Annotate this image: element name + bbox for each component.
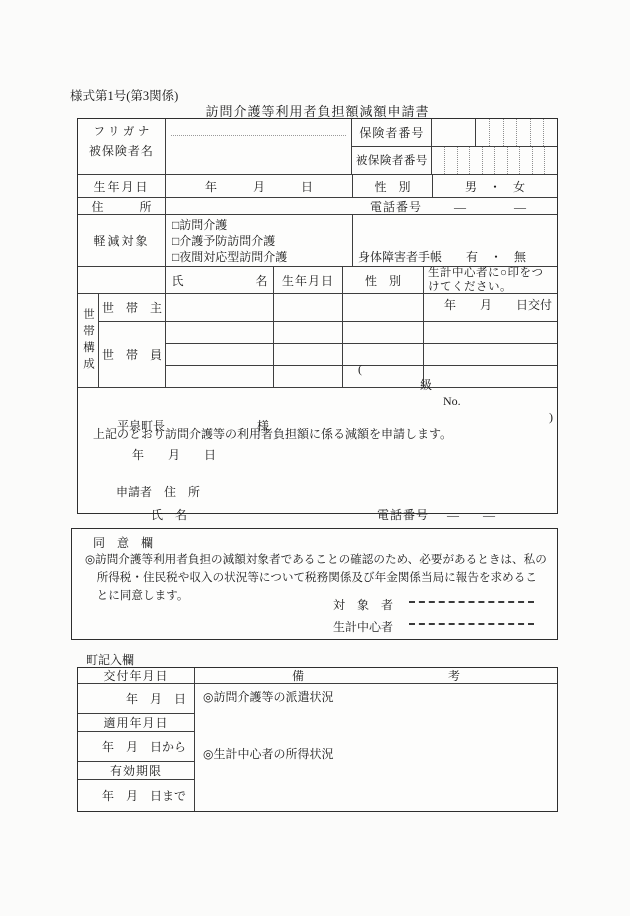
furigana-separator bbox=[171, 135, 347, 136]
application-section: 平泉町長様 上記のとおり訪問介護等の利用者負担額に係る減額を申請します。 年 月… bbox=[78, 388, 557, 513]
reduction-options: □訪問介護 □介護予防訪問介護 □夜間対応型訪問介護 bbox=[166, 215, 353, 266]
checkbox-night-homecare[interactable]: □夜間対応型訪問介護 bbox=[172, 249, 287, 265]
household-name-header: 氏 名 bbox=[166, 267, 274, 293]
application-date-field[interactable]: 年 月 日 bbox=[132, 446, 216, 463]
member-birth-cell[interactable] bbox=[274, 344, 343, 365]
issue-date-field[interactable]: 年 月 日 bbox=[78, 684, 194, 714]
insured-name-field[interactable] bbox=[166, 119, 353, 174]
consent-head-signature-line[interactable] bbox=[409, 611, 534, 625]
insured-number-label: 被保険者番号 bbox=[352, 147, 432, 174]
apply-date-field[interactable]: 年 月 日から bbox=[78, 732, 194, 762]
household-header-blank bbox=[78, 267, 166, 293]
birthdate-band: 生年月日 年 月 日 性 別 男 ・ 女 bbox=[78, 175, 557, 198]
phone-field[interactable]: ― ― bbox=[454, 198, 526, 215]
household-head-label: 世 帯 主 bbox=[99, 294, 166, 321]
consent-title: 同 意 欄 bbox=[93, 534, 153, 551]
reduction-label: 軽減対象 bbox=[78, 215, 166, 266]
head-birth-cell[interactable] bbox=[274, 294, 343, 321]
expiry-field[interactable]: 年 月 日まで bbox=[78, 780, 194, 811]
disability-issue-date: 年 月 日交付 bbox=[353, 297, 557, 313]
remark-income-status: ◎生計中心者の所得状況 bbox=[203, 745, 333, 762]
member-name-cell[interactable] bbox=[166, 322, 274, 343]
member-name-cell[interactable] bbox=[166, 366, 274, 387]
sex-field[interactable]: 男 ・ 女 bbox=[433, 175, 557, 197]
member-birth-cell[interactable] bbox=[274, 366, 343, 387]
insurer-number-prefix-box[interactable] bbox=[432, 119, 476, 146]
expiry-label: 有効期限 bbox=[78, 762, 194, 780]
remark-dispatch-status: ◎訪問介護等の派遣状況 bbox=[203, 688, 333, 705]
town-remarks-column: 備 考 ◎訪問介護等の派遣状況 ◎生計中心者の所得状況 bbox=[195, 668, 557, 811]
disability-grade-line: ( 級 No. ) bbox=[353, 345, 557, 361]
consent-head-label: 生計中心者 bbox=[333, 618, 393, 635]
disability-have-label: 身体障害者手帳 有 ・ 無 bbox=[353, 249, 557, 265]
remarks-body[interactable]: ◎訪問介護等の派遣状況 ◎生計中心者の所得状況 bbox=[195, 684, 557, 811]
phone-label: 電話番号 bbox=[370, 198, 422, 215]
form-page: 様式第1号(第3関係) 訪問介護等利用者負担額減額申請書 フリガナ 被保険者名 … bbox=[0, 0, 630, 916]
household-group-label: 世帯構成 bbox=[78, 294, 99, 387]
applicant-info-table: フリガナ 被保険者名 保険者番号 bbox=[77, 118, 558, 514]
address-field[interactable]: 電話番号 ― ― bbox=[166, 198, 557, 214]
address-band: 住 所 電話番号 ― ― bbox=[78, 198, 557, 215]
insurer-number-label: 保険者番号 bbox=[352, 119, 432, 146]
insured-number-row: 被保険者番号 bbox=[352, 147, 557, 174]
checkbox-homecare[interactable]: □訪問介護 bbox=[172, 217, 227, 233]
insured-name-label-cell: フリガナ 被保険者名 bbox=[78, 119, 166, 174]
town-date-column: 交付年月日 年 月 日 適用年月日 年 月 日から 有効期限 年 月 日まで bbox=[78, 668, 195, 811]
applicant-phone-field[interactable]: ― ― bbox=[447, 508, 495, 522]
remarks-header: 備 考 bbox=[195, 668, 557, 684]
open-paren: ( bbox=[358, 361, 362, 377]
checkbox-preventive-homecare[interactable]: □介護予防訪問介護 bbox=[172, 233, 275, 249]
insurer-number-field[interactable] bbox=[432, 119, 557, 146]
issue-date-label: 交付年月日 bbox=[78, 668, 194, 684]
disability-certificate-cell[interactable]: 身体障害者手帳 有 ・ 無 年 月 日交付 ( 級 No. ) bbox=[353, 215, 557, 266]
member-name-cell[interactable] bbox=[166, 344, 274, 365]
birthdate-field[interactable]: 年 月 日 bbox=[166, 175, 353, 197]
applicant-phone-label: 電話番号 bbox=[377, 508, 429, 522]
applicant-name-label: 氏 名 bbox=[151, 508, 187, 522]
household-birth-header: 生年月日 bbox=[274, 267, 343, 293]
consent-box: 同 意 欄 ◎訪問介護等利用者負担の減額対象者であることの確認のため、必要がある… bbox=[71, 528, 558, 640]
furigana-label: フリガナ bbox=[90, 123, 153, 139]
insured-name-label: 被保険者名 bbox=[89, 142, 154, 159]
sex-label: 性 別 bbox=[353, 175, 433, 197]
address-label: 住 所 bbox=[78, 198, 166, 214]
insurer-number-digits[interactable] bbox=[476, 119, 557, 146]
town-section-title: 町記入欄 bbox=[86, 651, 134, 668]
reduction-band: 軽減対象 □訪問介護 □介護予防訪問介護 □夜間対応型訪問介護 身体障害者手帳 … bbox=[78, 215, 557, 267]
application-statement: 上記のとおり訪問介護等の利用者負担額に係る減額を申請します。 bbox=[93, 425, 452, 442]
consent-target-signature-line[interactable] bbox=[409, 589, 534, 603]
member-birth-cell[interactable] bbox=[274, 322, 343, 343]
birthdate-label: 生年月日 bbox=[78, 175, 166, 197]
head-name-cell[interactable] bbox=[166, 294, 274, 321]
household-member-label: 世 帯 員 bbox=[99, 322, 166, 387]
number-block: 保険者番号 被保険者番号 bbox=[352, 119, 557, 174]
insured-number-digits[interactable] bbox=[432, 147, 557, 174]
apply-date-label: 適用年月日 bbox=[78, 714, 194, 732]
insurer-number-row: 保険者番号 bbox=[352, 119, 557, 147]
consent-target-label: 対 象 者 bbox=[333, 596, 393, 613]
name-number-band: フリガナ 被保険者名 保険者番号 bbox=[78, 119, 557, 175]
town-entry-table: 交付年月日 年 月 日 適用年月日 年 月 日から 有効期限 年 月 日まで 備… bbox=[77, 667, 558, 812]
